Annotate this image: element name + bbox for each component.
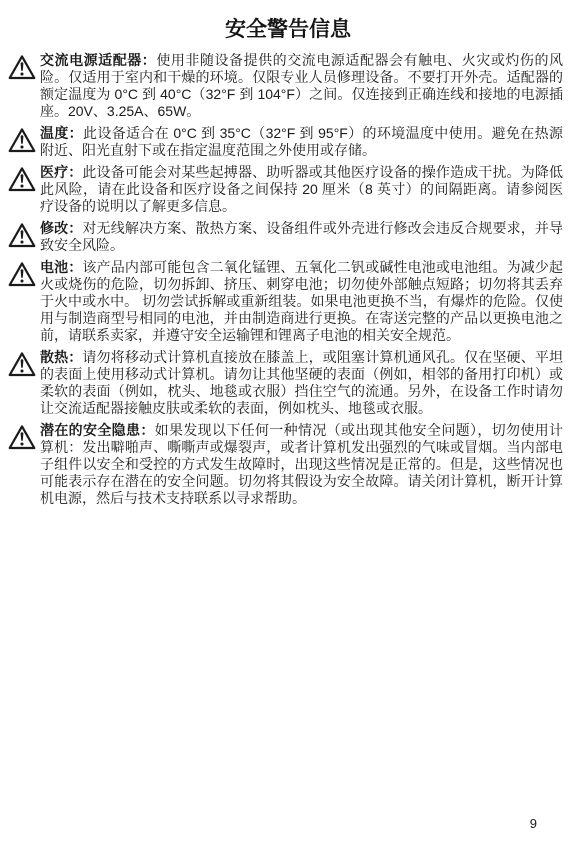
warning-text: 潜在的安全隐患：如果发现以下任何一种情况（或出现其他安全问题），切勿使用计算机：… [40,422,563,507]
warnings-list: 交流电源适配器：使用非随设备提供的交流电源适配器会有触电、火灾或灼伤的风险。仅适… [0,52,576,507]
warning-triangle-icon [8,220,40,254]
warning-section-modification: 修改：对无线解决方案、散热方案、设备组件或外壳进行修改会违反合规要求，并导致安全… [8,220,563,254]
page-number: 9 [530,816,537,831]
warning-triangle-icon [8,125,40,159]
warning-label: 电池： [40,259,82,275]
warning-label: 散热： [40,349,82,365]
warning-section-potential-hazard: 潜在的安全隐患：如果发现以下任何一种情况（或出现其他安全问题），切勿使用计算机：… [8,422,563,507]
page-title: 安全警告信息 [0,0,576,52]
warning-triangle-icon [8,259,40,344]
warning-label: 修改： [40,220,82,236]
warning-triangle-icon [8,164,40,215]
warning-body: 请勿将移动式计算机直接放在膝盖上，或阻塞计算机通风孔。仅在坚硬、平坦的表面上使用… [40,349,563,416]
warning-section-battery: 电池：该产品内部可能包含二氧化锰锂、五氧化二钒或碱性电池或电池组。为减少起火或烧… [8,259,563,344]
warning-text: 散热：请勿将移动式计算机直接放在膝盖上，或阻塞计算机通风孔。仅在坚硬、平坦的表面… [40,349,563,417]
warning-text: 温度：此设备适合在 0°C 到 35°C（32°F 到 95°F）的环境温度中使… [40,125,563,159]
warning-section-heat: 散热：请勿将移动式计算机直接放在膝盖上，或阻塞计算机通风孔。仅在坚硬、平坦的表面… [8,349,563,417]
warning-triangle-icon [8,349,40,417]
warning-text: 电池：该产品内部可能包含二氧化锰锂、五氧化二钒或碱性电池或电池组。为减少起火或烧… [40,259,563,344]
warning-body: 该产品内部可能包含二氧化锰锂、五氧化二钒或碱性电池或电池组。为减少起火或烧伤的危… [40,259,563,343]
warning-body: 此设备可能会对某些起搏器、助听器或其他医疗设备的操作造成干扰。为降低此风险，请在… [40,164,563,214]
warning-body: 此设备适合在 0°C 到 35°C（32°F 到 95°F）的环境温度中使用。避… [40,125,563,158]
warning-text: 交流电源适配器：使用非随设备提供的交流电源适配器会有触电、火灾或灼伤的风险。仅适… [40,52,563,120]
warning-label: 医疗： [40,164,82,180]
warning-label: 潜在的安全隐患： [40,422,155,438]
warning-section-ac-adapter: 交流电源适配器：使用非随设备提供的交流电源适配器会有触电、火灾或灼伤的风险。仅适… [8,52,563,120]
document-page: 安全警告信息 交流电源适配器：使用非随设备提供的交流电源适配器会有触电、火灾或灼… [0,0,576,864]
warning-body: 对无线解决方案、散热方案、设备组件或外壳进行修改会违反合规要求，并导致安全风险。 [40,220,563,253]
warning-text: 修改：对无线解决方案、散热方案、设备组件或外壳进行修改会违反合规要求，并导致安全… [40,220,563,254]
warning-label: 交流电源适配器： [40,52,156,68]
warning-section-medical: 医疗：此设备可能会对某些起搏器、助听器或其他医疗设备的操作造成干扰。为降低此风险… [8,164,563,215]
warning-triangle-icon [8,52,40,120]
warning-triangle-icon [8,422,40,507]
warning-text: 医疗：此设备可能会对某些起搏器、助听器或其他医疗设备的操作造成干扰。为降低此风险… [40,164,563,215]
warning-label: 温度： [40,125,83,141]
warning-section-temperature: 温度：此设备适合在 0°C 到 35°C（32°F 到 95°F）的环境温度中使… [8,125,563,159]
